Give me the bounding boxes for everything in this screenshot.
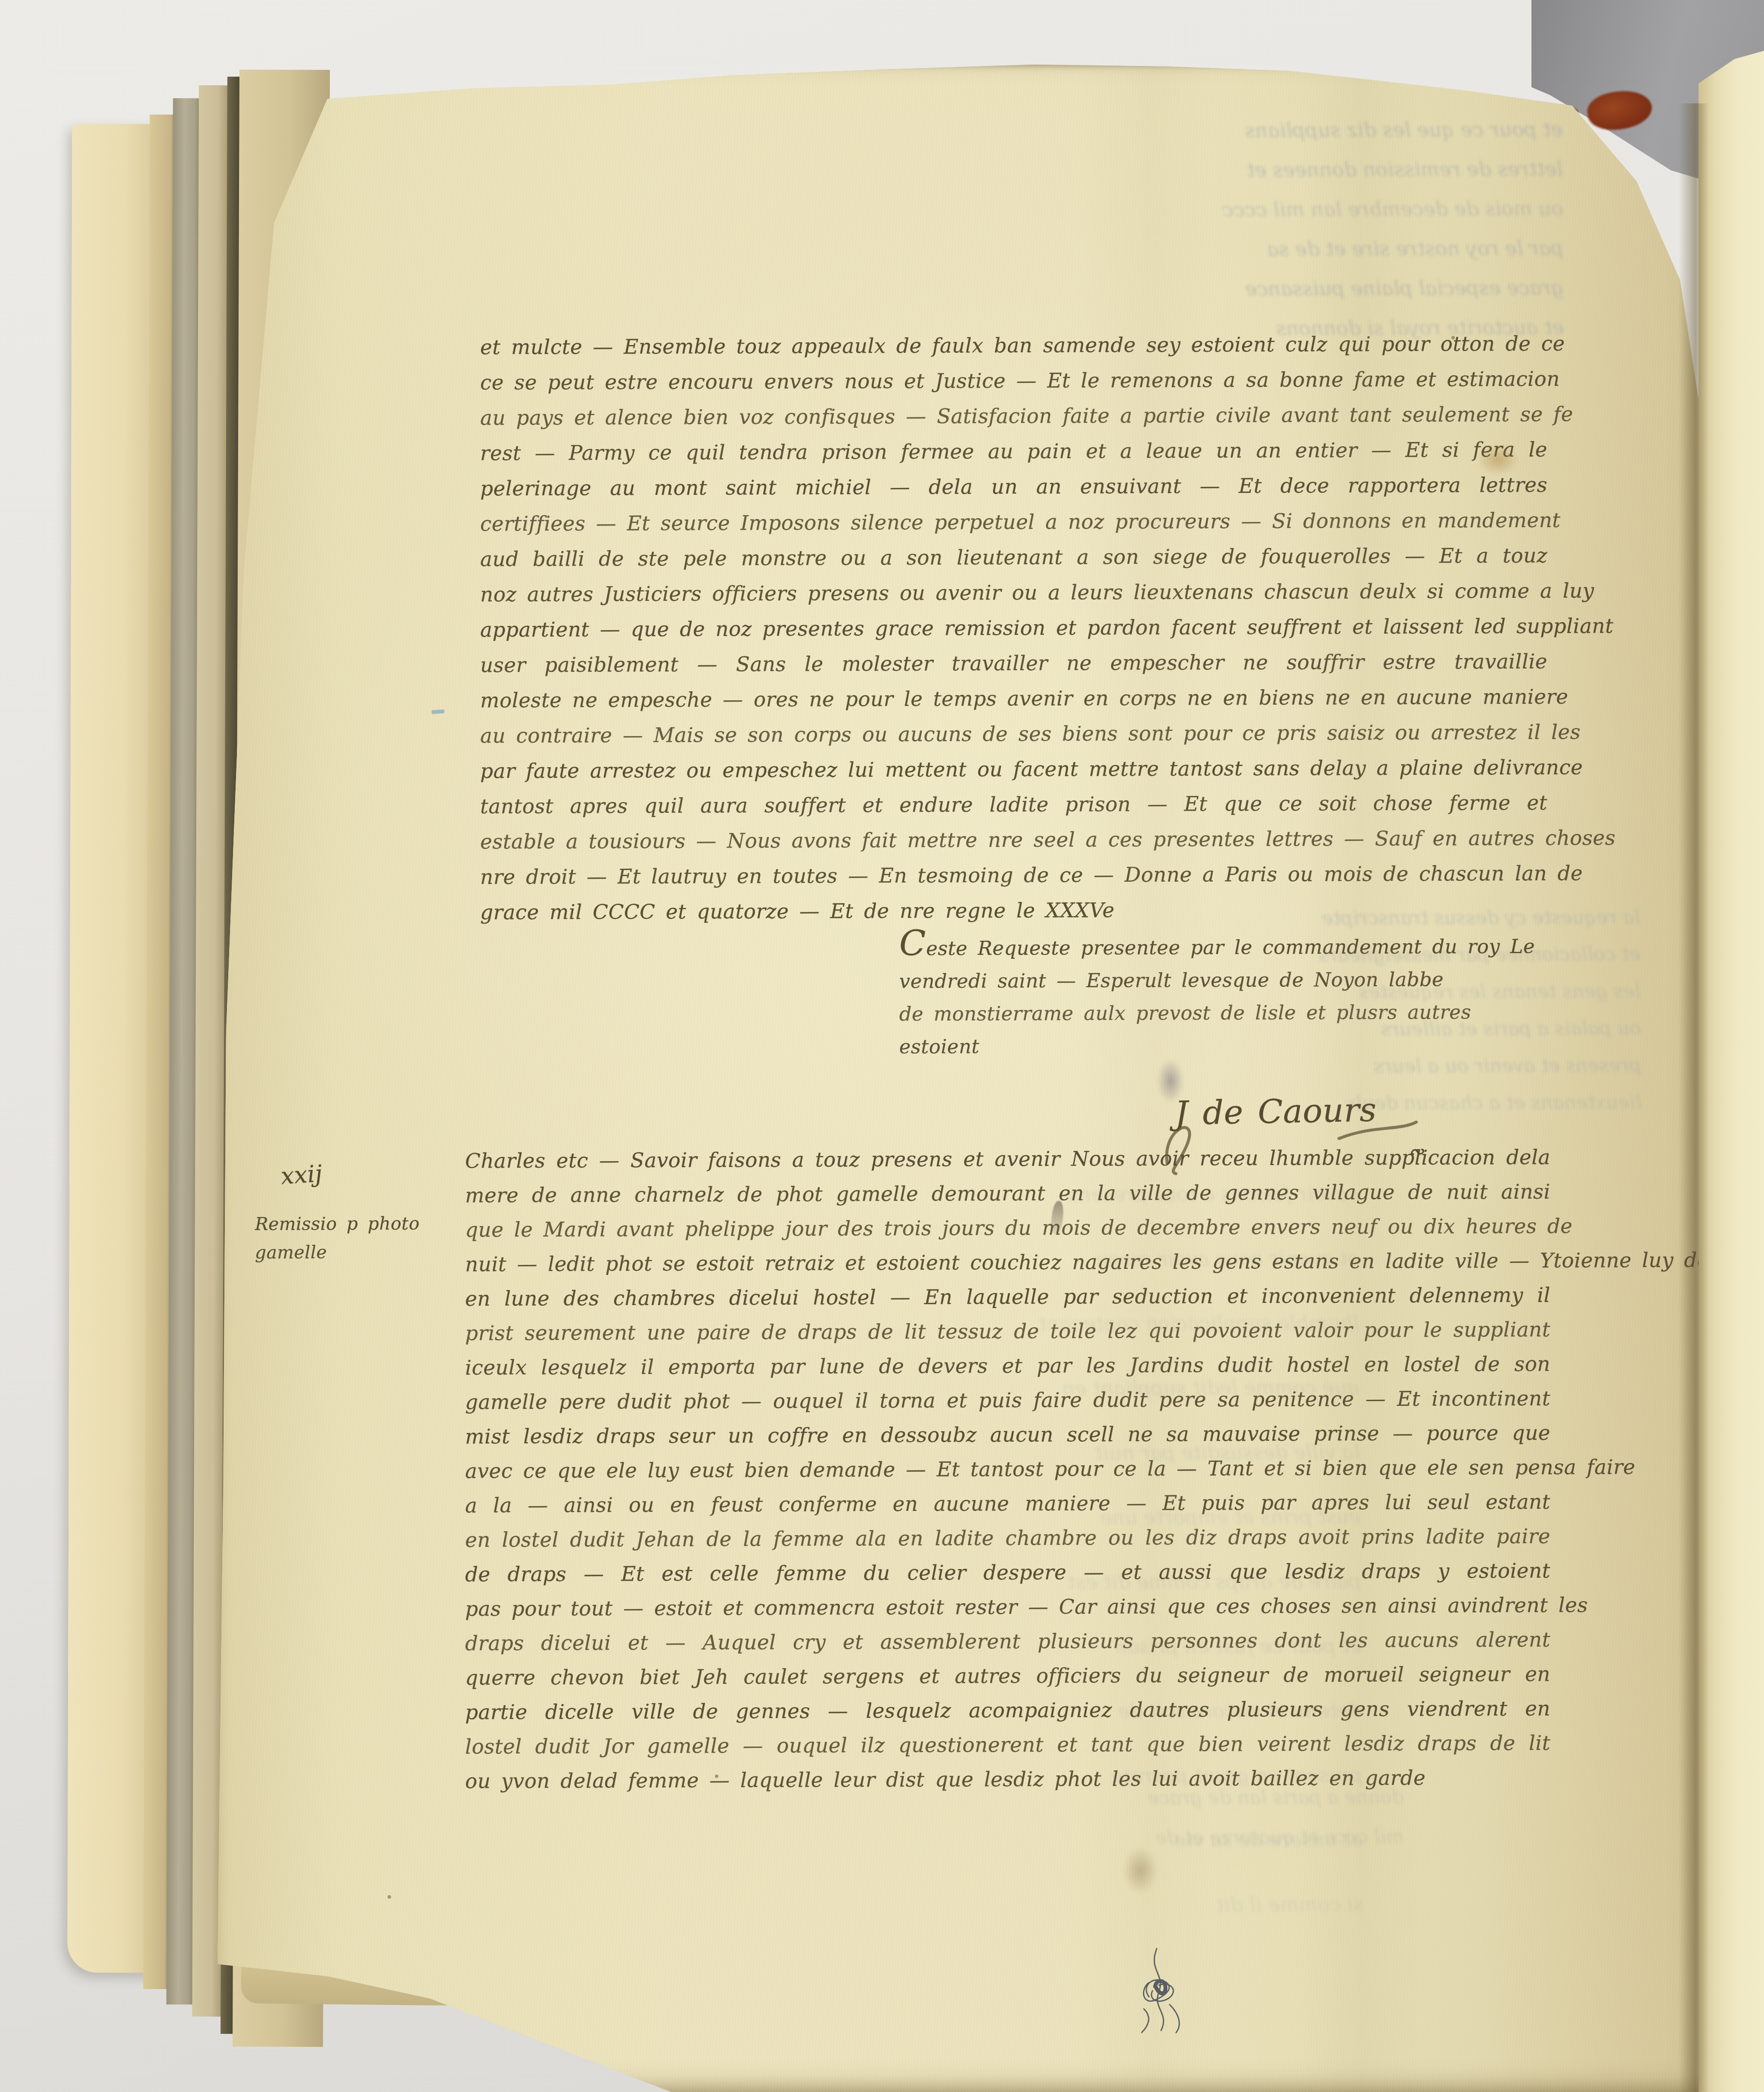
speck (715, 1775, 718, 1778)
margin-entry-number: xxij (280, 1160, 323, 1190)
manuscript-line: querre chevon biet Jeh caulet sergens et… (465, 1657, 1550, 1696)
manuscript-line: lostel dudit Jor gamelle — ouquel ilz qu… (465, 1726, 1550, 1765)
manuscript-photograph: et pour ce que les diz supplianslettres … (0, 0, 1764, 2092)
manuscript-line: de monstierrame aulx prevost de lisle et… (899, 995, 1545, 1030)
manuscript-line: Charles etc — Savoir faisons a touz pres… (465, 1141, 1550, 1179)
act-text-block-remission: Charles etc — Savoir faisons a touz pres… (465, 1142, 1550, 1797)
manuscript-line: lettres de remission donnees et (508, 149, 1563, 193)
manuscript-line: au contraire — Mais se son corps ou aucu… (480, 715, 1547, 754)
manuscript-line: tantost apres quil aura souffert et endu… (480, 786, 1547, 825)
manuscript-line: grace mil CCCC et quatorze — Et de nre r… (480, 892, 1547, 931)
gutter-shadow (1679, 103, 1709, 2092)
clerk-signature: J de Caours ∾ (1174, 1087, 1562, 1132)
collation-note: Ceste Requeste presentee par le commande… (899, 931, 1545, 1062)
manuscript-line: Ceste Requeste presentee par le commande… (899, 930, 1545, 965)
speck (1451, 336, 1455, 339)
manuscript-line: a la — ainsi ou en feust conferme en auc… (465, 1485, 1550, 1523)
manuscript-line: vendredi saint — Esperult levesque de No… (899, 963, 1545, 998)
blue-pigment-mark (432, 709, 445, 714)
manuscript-line: pelerinage au mont saint michiel — dela … (480, 468, 1547, 507)
show-through-text: et pour ce que les diz supplianslettres … (507, 107, 1564, 352)
manuscript-line: certiffiees — Et seurce Imposons silence… (480, 503, 1547, 542)
manuscript-line: avec ce que ele luy eust bien demande — … (465, 1451, 1550, 1489)
fiber-tuft (1118, 1944, 1200, 2035)
manuscript-line: au pays et alence bien voz confisques — … (480, 397, 1547, 436)
manuscript-page: et pour ce que les diz supplianslettres … (207, 60, 1705, 2092)
manuscript-line: et pour ce que les diz supplians (507, 109, 1562, 153)
manuscript-line: et mulcte — Ensemble touz appeaulx de fa… (480, 326, 1547, 366)
manuscript-line: nre droit — Et lautruy en toutes — En te… (480, 856, 1547, 895)
manuscript-line: draps dicelui et — Auquel cry et assembl… (465, 1623, 1550, 1661)
manuscript-line: gamelle pere dudit phot — ouquel il torn… (465, 1382, 1550, 1420)
manuscript-line: ce se peut estre encouru envers nous et … (480, 362, 1547, 401)
manuscript-line: aud bailli de ste pele monstre ou a son … (480, 538, 1547, 578)
manuscript-line: que le Mardi avant phelippe jour des tro… (465, 1209, 1550, 1248)
manuscript-line: prist seurement une paire de draps de li… (465, 1313, 1550, 1351)
manuscript-line: moleste ne empesche — ores ne pour le te… (480, 680, 1547, 719)
manuscript-line: iceulx lesquelz il emporta par lune de d… (465, 1347, 1550, 1386)
act-text-block-end: et mulcte — Ensemble touz appeaulx de fa… (480, 328, 1547, 929)
manuscript-line: nuit — ledit phot se estoit retraiz et e… (465, 1244, 1550, 1282)
manuscript-line: mil cccc et quatorze et de (586, 1817, 1404, 1860)
manuscript-line: Remissio p photo (255, 1209, 457, 1238)
manuscript-line: pas pour tout — estoit et commencra esto… (465, 1588, 1550, 1627)
manuscript-line: partie dicelle ville de gennes — lesquel… (465, 1692, 1550, 1730)
manuscript-line: noz autres Justiciers officiers presens … (480, 574, 1547, 613)
manuscript-line: et misere de sa vie (351, 1807, 1363, 1875)
manuscript-line: rest — Parmy ce quil tendra prison ferme… (480, 432, 1547, 472)
manuscript-line: en lostel dudit Jehan de la femme ala en… (465, 1520, 1550, 1558)
manuscript-line: mere de anne charnelz de phot gamelle de… (465, 1175, 1550, 1213)
manuscript-line: en lune des chambres dicelui hostel — En… (465, 1278, 1550, 1317)
margin-rubric: Remissio p photogamelle (255, 1209, 457, 1266)
manuscript-line: ou mois de decembre lan mil cccc (508, 189, 1563, 232)
manuscript-line: estoient (899, 1028, 1545, 1063)
manuscript-line: par le roy nostre sire et de sa (508, 228, 1563, 272)
manuscript-line: ou yvon delad femme — laquelle leur dist… (465, 1761, 1550, 1799)
speck (388, 1895, 391, 1899)
manuscript-line: de draps — Et est celle femme du celier … (465, 1554, 1550, 1592)
manuscript-line: si comme il dit (351, 1872, 1364, 1940)
manuscript-line: grace especial plaine puissance (509, 268, 1564, 311)
manuscript-line: par faute arrestez ou empeschez lui mett… (480, 750, 1547, 790)
manuscript-line: gamelle (255, 1237, 457, 1267)
parchment-stain (1123, 1847, 1158, 1894)
manuscript-line: appartient — que de noz presentes grace … (480, 609, 1547, 648)
manuscript-line: mist lesdiz draps seur un coffre en dess… (465, 1416, 1550, 1455)
manuscript-line: estable a tousiours — Nous avons fait me… (480, 821, 1547, 860)
manuscript-line: user paisiblement — Sans le molester tra… (480, 644, 1547, 684)
